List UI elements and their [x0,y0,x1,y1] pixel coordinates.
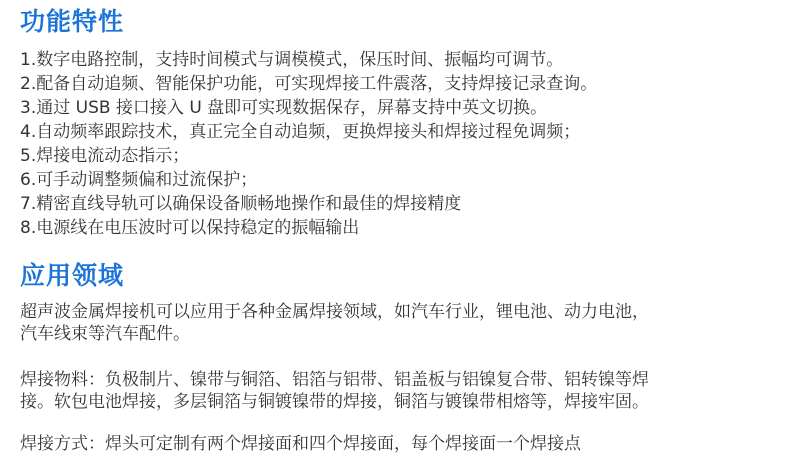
applications-heading: 应用领域 [20,261,124,291]
feature-item: 5.焊接电流动态指示； [20,144,189,168]
intro-line: 汽车线束等汽车配件。 [20,322,190,346]
materials-line: 接。软包电池焊接，多层铜箔与铜镀镍带的焊接，铜箔与镀镍带相熔等，焊接牢固。 [20,390,649,414]
materials-line: 焊接物料：负极制片、镍带与铜箔、铝箔与铝带、铝盖板与铝镍复合带、铝转镍等焊 [20,368,649,392]
intro-line: 超声波金属焊接机可以应用于各种金属焊接领域，如汽车行业，锂电池、动力电池， [20,300,649,324]
welding-method: 焊接方式：焊头可定制有两个焊接面和四个焊接面，每个焊接面一个焊接点 [20,432,581,456]
feature-item: 8.电源线在电压波时可以保持稳定的振幅输出 [20,216,359,240]
feature-item: 1.数字电路控制，支持时间模式与调模模式，保压时间、振幅均可调节。 [20,48,563,72]
feature-item: 4.自动频率跟踪技术，真正完全自动追频，更换焊接头和焊接过程免调频； [20,120,580,144]
feature-item: 7.精密直线导轨可以确保设备顺畅地操作和最佳的焊接精度 [20,192,461,216]
feature-item: 2.配备自动追频、智能保护功能，可实现焊接工件震落，支持焊接记录查询。 [20,72,597,96]
features-heading: 功能特性 [20,7,124,37]
feature-item: 6.可手动调整频偏和过流保护； [20,168,257,192]
feature-item: 3.通过 USB 接口接入 U 盘即可实现数据保存，屏幕支持中英文切换。 [20,96,547,120]
